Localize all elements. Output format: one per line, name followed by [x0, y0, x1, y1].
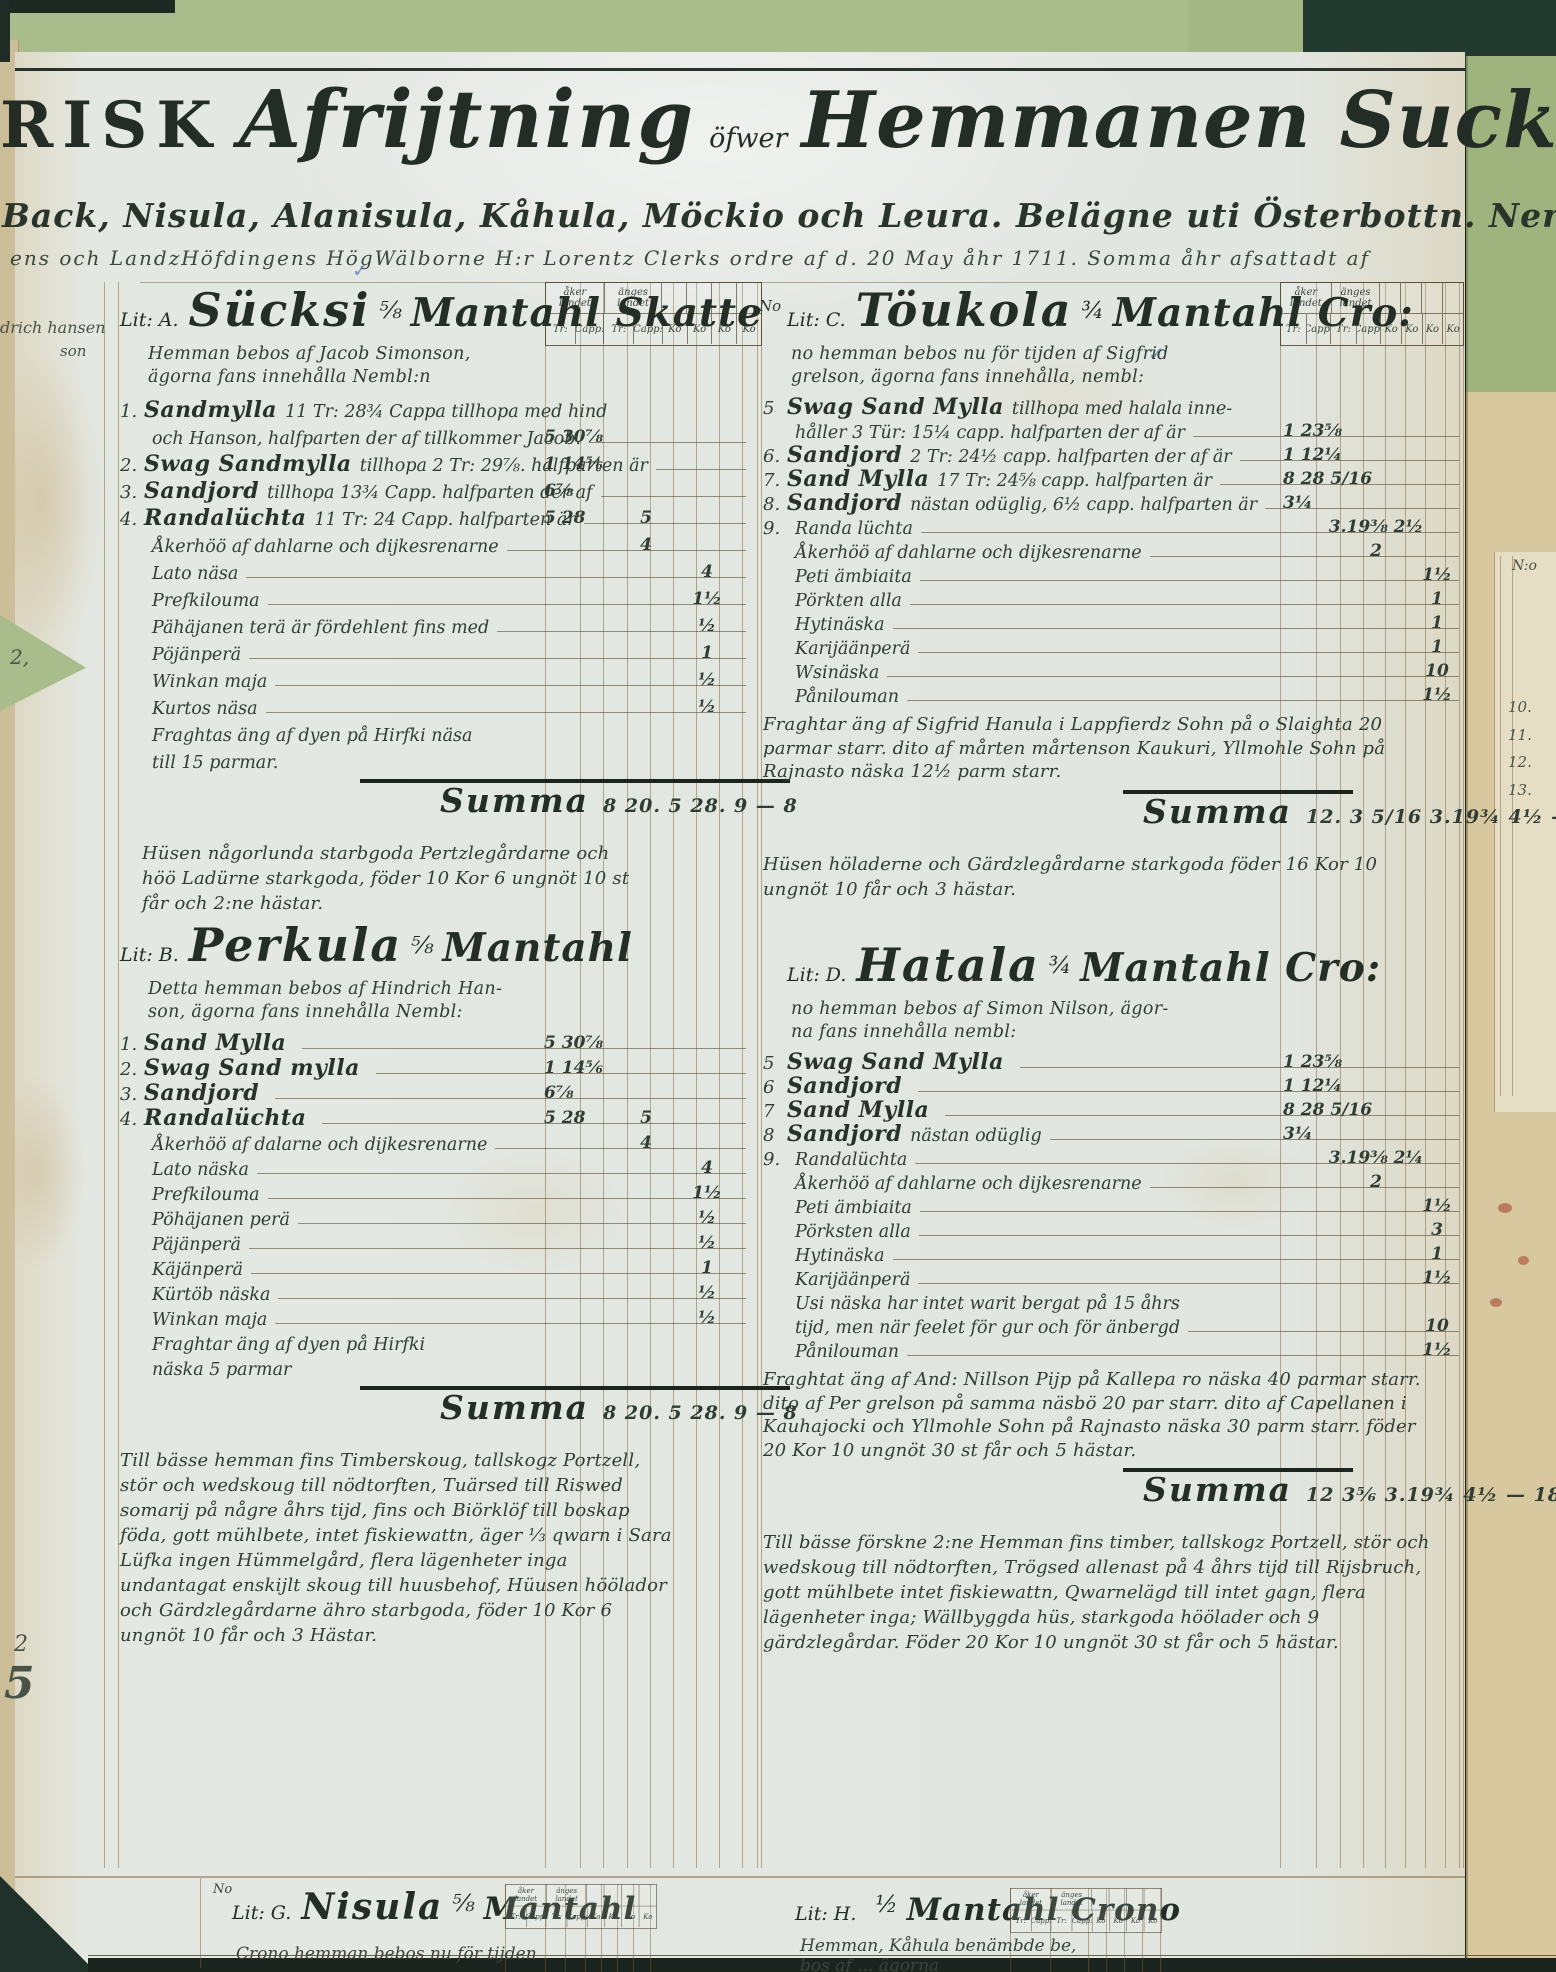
land-rows-c: 5Swag Sand Myllatillhopa med halala inne…	[763, 395, 1463, 707]
table-row: Peti ämbiaita1½	[763, 563, 1463, 587]
value-aker: 8 28 5/16	[1283, 469, 1349, 489]
bottom-text-g: Crono hemman bebos nu för tijden	[236, 1944, 537, 1965]
row-text: Hytinäska	[795, 615, 885, 635]
page-title: RISKAfrijtningöfwerHemmanen Sucksi, Per.	[0, 72, 1556, 166]
manuscript-scan: RISKAfrijtningöfwerHemmanen Sucksi, Per.…	[0, 0, 1556, 1972]
value-lass: 1	[1415, 589, 1459, 609]
section-heading-a: Lit: A.Sücksi⅝Mantahl Skatte	[120, 283, 750, 337]
row-number: 5	[763, 1053, 787, 1074]
margin-note-2b: 2	[14, 1632, 28, 1657]
margin-no-label: No	[759, 297, 781, 315]
strip-page-number: 12.	[1508, 749, 1532, 777]
leader-line	[601, 496, 746, 497]
bottom-column-headers-h: åker landet änges landet Tr: Capp: Tr: C…	[1010, 1888, 1162, 1933]
row-text: Usi näska har intet warit bergat på 15 å…	[795, 1294, 1180, 1314]
table-row: 6Sandjord1 12¼	[763, 1074, 1463, 1098]
table-row: 7Sand Mylla8 28 5/16	[763, 1098, 1463, 1122]
header-aker-landet: åker landet	[506, 1885, 547, 1906]
header-count-col	[1110, 1889, 1127, 1910]
value-ang: 5	[615, 1108, 677, 1128]
mantal-fraction: ¾	[1049, 953, 1071, 979]
row-text: Winkan maja	[152, 672, 267, 692]
section-note-a: Hüsen någorlunda starbgoda Pertzlegårdar…	[142, 841, 642, 916]
value-lass: 10	[1415, 1316, 1459, 1336]
row-text: till 15 parmar.	[152, 753, 278, 773]
folded-page-strip-paper	[1494, 552, 1556, 1112]
value-lass: ½	[686, 1233, 728, 1253]
title-word-ofwer: öfwer	[709, 123, 787, 154]
value-lass: 1½	[1415, 685, 1459, 705]
row-text: Hytinäska	[795, 1246, 885, 1266]
summa-values: 12. 3 5/16 3.19¾ 4½ — 16.	[1306, 806, 1556, 828]
rule-line	[1463, 282, 1464, 1868]
table-row: näska 5 parmar	[120, 1355, 750, 1380]
leader-line	[275, 685, 746, 686]
leader-line	[249, 1248, 746, 1249]
row-text: tillhopa med halala inne-	[1012, 399, 1232, 419]
table-row: Päjänperä½	[120, 1230, 750, 1255]
soil-name: Sandjord	[787, 492, 902, 514]
leader-line	[298, 1223, 746, 1224]
soil-name: Sand Mylla	[787, 1099, 929, 1121]
unit-ko: Ko	[640, 1906, 657, 1927]
intro-line: no hemman bebos af Simon Nilson, ägor-	[791, 999, 1169, 1019]
leader-line	[257, 1173, 746, 1174]
rule-line	[761, 282, 762, 1868]
row-number: 3.	[120, 482, 144, 503]
leader-line	[1188, 1307, 1459, 1308]
leader-line	[918, 652, 1459, 653]
mantal-fraction: ⅝	[379, 298, 401, 324]
section-heading-d: Lit: D.Hatala¾Mantahl Cro:	[787, 938, 1463, 992]
table-row: Usi näska har intet warit bergat på 15 å…	[763, 1290, 1463, 1314]
title-word-afrijtning: Afrijtning	[239, 72, 695, 166]
row-text: Åkerhöö af dahlarne och dijkesrenarne	[795, 1174, 1142, 1194]
check-mark: ✓	[352, 258, 369, 282]
section-sucksi: Lit: A.Sücksi⅝Mantahl Skatte Hemman bebo…	[120, 283, 750, 916]
row-text: 17 Tr: 24⅝ capp. halfparten är	[937, 471, 1212, 491]
row-text: Åkerhöö af dalarne och dijkesrenarne	[152, 1135, 487, 1155]
value-aker: 5 28	[544, 1108, 610, 1128]
header-anges-landet: änges landet	[547, 1885, 587, 1906]
section-hatala: Lit: D.Hatala¾Mantahl Cro: no hemman beb…	[763, 938, 1463, 1655]
leader-line	[246, 577, 746, 578]
section-note-c: Hüsen höladerne och Gärdzlegårdarne star…	[763, 852, 1403, 902]
row-text: Winkan maja	[152, 1310, 267, 1330]
value-ang: 2	[1325, 541, 1427, 561]
value-aker: 5 30⅞	[544, 1033, 610, 1053]
summa-row-c: Summa12. 3 5/16 3.19¾ 4½ — 16.	[1143, 792, 1463, 838]
rule-line	[118, 282, 119, 1868]
value-lass: 4	[686, 562, 728, 582]
value-lass: 1½	[1415, 565, 1459, 585]
row-text: Peti ämbiaita	[795, 1198, 912, 1218]
unit-cappar: Capp:	[567, 1906, 587, 1927]
table-row: Åkerhöö af dahlarne och dijkesrenarne4	[120, 530, 750, 557]
table-row: Pånilouman1½	[763, 1338, 1463, 1362]
table-row: Åkerhöö af dahlarne och dijkesrenarne2	[763, 539, 1463, 563]
rule-line	[15, 1876, 1465, 1878]
leader-line	[275, 1098, 746, 1099]
soil-name: Sandjord	[787, 1123, 902, 1145]
row-number: 3.	[120, 1084, 144, 1105]
value-lass: 1	[686, 643, 728, 663]
table-row: Lato näsa4	[120, 557, 750, 584]
row-text: Peti ämbiaita	[795, 567, 912, 587]
row-text: 11 Tr: 24 Capp. halfparten är	[314, 510, 575, 530]
section-name-hatala: Hatala	[856, 938, 1040, 992]
section-name-nisula: Nisula	[301, 1886, 443, 1928]
soil-name: Swag Sand Mylla	[787, 396, 1004, 418]
table-row: 4.Randalüchta11 Tr: 24 Capp. halfparten …	[120, 503, 750, 530]
intro-line: ägorna fans innehålla Nembl:n	[148, 367, 431, 387]
margin-flourish-5: 5	[4, 1658, 35, 1709]
value-aker: 1 23⅝	[1283, 421, 1349, 441]
header-anges-landet: änges landet	[1052, 1889, 1092, 1910]
table-row: 8.Sandjordnästan odüglig, 6½ capp. halfp…	[763, 491, 1463, 515]
row-text: Päjänperä	[152, 1235, 241, 1255]
row-text: Pörkten alla	[795, 591, 902, 611]
table-row: Karijäänperä1	[763, 635, 1463, 659]
summa-word: Summa	[440, 781, 589, 820]
mantal-fraction: ⅝	[411, 933, 433, 959]
value-lass: 1½	[686, 589, 728, 609]
soil-name: Swag Sand mylla	[144, 1057, 360, 1079]
leader-line	[907, 1355, 1459, 1356]
value-lass: ½	[686, 616, 728, 636]
table-row: Hytinäska1	[763, 1242, 1463, 1266]
mantal-fraction: ½	[875, 1892, 897, 1918]
mantal-fraction: ⅝	[452, 1891, 474, 1917]
section-heading-c: Lit: C.Töukola¾Mantahl Cro:	[787, 283, 1463, 337]
value-lass: 1	[1415, 637, 1459, 657]
meadow-paragraph-c: Fraghtar äng af Sigfrid Hanula i Lappfie…	[763, 713, 1431, 784]
row-number: 7.	[763, 470, 787, 491]
row-text: Pöhäjanen perä	[152, 1210, 290, 1230]
table-row: 7.Sand Mylla17 Tr: 24⅝ capp. halfparten …	[763, 467, 1463, 491]
header-count-col	[1127, 1889, 1144, 1910]
leader-line	[268, 604, 746, 605]
leader-line	[249, 658, 746, 659]
table-row: 8Sandjordnästan odüglig3¼	[763, 1122, 1463, 1146]
table-row: 1.Sand Mylla5 30⅞	[120, 1030, 750, 1055]
row-number: 7	[763, 1101, 787, 1122]
summa-row-d: Summa12 3⅚ 3.19¾ 4½ — 18¼	[1143, 1470, 1463, 1516]
soil-name: Sandmylla	[144, 399, 277, 421]
value-lass: ½	[686, 1283, 728, 1303]
header-row-lands: åker landet änges landet	[1011, 1889, 1161, 1910]
leader-line	[268, 1198, 746, 1199]
section-type-d: Mantahl Cro:	[1080, 945, 1381, 991]
row-text: Fraghtar äng af dyen på Hirfki	[152, 1335, 425, 1355]
table-row: Prefkilouma1½	[120, 584, 750, 611]
table-row: 1.Sandmylla11 Tr: 28¾ Cappa tillhopa med…	[120, 395, 750, 422]
value-lass: ½	[686, 670, 728, 690]
header-count-col	[587, 1885, 604, 1906]
row-text: 2 Tr: 24½ capp. halfparten der af är	[910, 447, 1232, 467]
mat-top-dark-sliver	[0, 0, 175, 13]
unit-ko: Ko	[1110, 1910, 1127, 1931]
table-row: 5Swag Sand Myllatillhopa med halala inne…	[763, 395, 1463, 419]
meadow-paragraph-d: Fraghtat äng af And: Nillson Pijp på Kal…	[763, 1368, 1431, 1462]
row-text: Prefkilouma	[152, 1185, 260, 1205]
summa-row-a: Summa8 20. 5 28. 9 — 8	[440, 781, 750, 827]
header-count-col	[622, 1885, 639, 1906]
section-lit-d: Lit: D.	[787, 964, 846, 986]
section-type-b: Mantahl	[443, 925, 633, 971]
value-aker: 3¼	[1283, 1124, 1349, 1144]
section-type-a: Mantahl Skatte	[411, 290, 763, 336]
table-row: Peti ämbiaita1½	[763, 1194, 1463, 1218]
table-row: Fraghtas äng af dyen på Hirfki näsa	[120, 719, 750, 746]
header-row-units: Tr: Capp: Tr: Capp: Ko Ko Ko Ko	[506, 1906, 657, 1928]
bottom-headbox-g-wrap: åker landet änges landet Tr: Capp: Tr: C…	[505, 1884, 657, 1929]
land-rows-d: 5Swag Sand Mylla1 23⅝ 6Sandjord1 12¼ 7Sa…	[763, 1050, 1463, 1362]
table-row: tijd, men när feelet för gur och för änb…	[763, 1314, 1463, 1338]
value-ang: 2	[1325, 1172, 1427, 1192]
value-aker: 6⅞	[544, 481, 610, 501]
intro-line: Hemman bebos af Jacob Simonson,	[148, 344, 471, 364]
leader-line	[887, 676, 1459, 677]
row-text: Pånilouman	[795, 1342, 899, 1362]
row-text: och Hanson, halfparten der af tillkommer…	[152, 429, 581, 449]
section-name-perkula: Perkula	[189, 918, 402, 972]
leader-line	[1240, 412, 1459, 413]
leader-line	[1240, 460, 1459, 461]
section-lit-c: Lit: C.	[787, 309, 846, 331]
table-row: Pörksten alla3	[763, 1218, 1463, 1242]
leader-line	[615, 415, 746, 416]
value-lass: 1½	[1415, 1196, 1459, 1216]
row-text: Karijäänperä	[795, 1270, 910, 1290]
land-rows-a: 1.Sandmylla11 Tr: 28¾ Cappa tillhopa med…	[120, 395, 750, 773]
row-number: 6.	[763, 446, 787, 467]
section-lit-h: Lit: H.	[795, 1903, 856, 1925]
row-number: 2.	[120, 455, 144, 476]
unit-tunnor: Tr:	[1011, 1910, 1032, 1931]
table-row: Wsinäska10	[763, 659, 1463, 683]
section-name-toukola: Töukola	[856, 283, 1073, 337]
section-intro-d: no hemman bebos af Simon Nilson, ägor- n…	[791, 998, 1463, 1044]
leader-line	[251, 1273, 746, 1274]
leader-line	[920, 580, 1459, 581]
table-row: 4.Randalüchta5 285	[120, 1105, 750, 1130]
soil-name: Sandjord	[787, 1075, 902, 1097]
value-lass: 1	[1415, 1244, 1459, 1264]
row-text: Åkerhöö af dahlarne och dijkesrenarne	[152, 537, 499, 557]
rule-line	[757, 282, 758, 1868]
row-text: Lato näsa	[152, 564, 238, 584]
summa-word: Summa	[1143, 792, 1292, 831]
unit-ko: Ko	[605, 1906, 622, 1927]
value-ang: 3.19⅜ 2¼	[1325, 1148, 1427, 1168]
table-row: till 15 parmar.	[120, 746, 750, 773]
unit-cappar: Capp:	[1072, 1910, 1092, 1931]
margin-note-son: son	[60, 342, 86, 360]
table-row: Pöhäjanen perä½	[120, 1205, 750, 1230]
row-text: Prefkilouma	[152, 591, 260, 611]
row-text: Pånilouman	[795, 687, 899, 707]
row-number: 8.	[763, 494, 787, 515]
table-row: 9.Randa lüchta3.19⅜ 2½	[763, 515, 1463, 539]
value-lass: 3	[1415, 1220, 1459, 1240]
unit-tunnor: Tr:	[547, 1906, 568, 1927]
soil-name: Sandjord	[787, 444, 902, 466]
bottom-column-headers-g: åker landet änges landet Tr: Capp: Tr: C…	[505, 1884, 657, 1929]
soil-name: Sand Mylla	[144, 1032, 286, 1054]
row-number: 9.	[763, 1149, 787, 1170]
row-text: Lato näska	[152, 1160, 249, 1180]
leader-line	[1050, 1139, 1459, 1140]
table-row: Karijäänperä1½	[763, 1266, 1463, 1290]
leader-line	[919, 1235, 1459, 1236]
leader-line	[893, 628, 1460, 629]
bottom-text-h2: bos af ... ägorna	[800, 1956, 939, 1972]
value-lass: 1	[1415, 613, 1459, 633]
rule-line	[104, 282, 105, 1868]
value-lass: 4	[686, 1158, 728, 1178]
leader-line	[910, 604, 1459, 605]
row-number: 5	[763, 398, 787, 419]
section-note-d: Till bässe förskne 2:ne Hemman fins timb…	[763, 1530, 1431, 1655]
table-row: 5Swag Sand Mylla1 23⅝	[763, 1050, 1463, 1074]
table-row: Pöjänperä1	[120, 638, 750, 665]
header-count-col	[639, 1885, 656, 1906]
section-lit-b: Lit: B.	[120, 944, 179, 966]
row-text: nästan odüglig, 6½ capp. halfparten är	[910, 495, 1257, 515]
wax-spot	[1490, 1298, 1502, 1307]
row-text: Kurtos näsa	[152, 699, 258, 719]
leader-line	[893, 1259, 1460, 1260]
table-row: håller 3 Tür: 15¼ capp. halfparten der a…	[763, 419, 1463, 443]
header-row-lands: åker landet änges landet	[506, 1885, 657, 1906]
value-aker: 1 14⅚	[544, 1058, 610, 1078]
value-ang: 3.19⅜ 2½	[1325, 517, 1427, 537]
unit-tunnor: Tr:	[1052, 1910, 1073, 1931]
section-lit-a: Lit: A.	[120, 309, 179, 331]
leader-line	[480, 739, 746, 740]
section-name-sucksi: Sücksi	[189, 283, 371, 337]
table-row: Käjänperä1	[120, 1255, 750, 1280]
row-number: 4.	[120, 1109, 144, 1130]
row-text: Kürtöb näska	[152, 1285, 270, 1305]
strip-no-label: N:o	[1512, 558, 1537, 574]
section-intro-a: Hemman bebos af Jacob Simonson, ägorna f…	[148, 343, 750, 389]
table-row: Åkerhöö af dahlarne och dijkesrenarne2	[763, 1170, 1463, 1194]
row-number: 1.	[120, 1034, 144, 1055]
soil-name: Randalüchta	[144, 1107, 306, 1129]
section-type-c: Mantahl Cro:	[1113, 290, 1414, 336]
row-text: Wsinäska	[795, 663, 879, 683]
table-row: och Hanson, halfparten der af tillkommer…	[120, 422, 750, 449]
row-text: tijd, men när feelet för gur och för änb…	[795, 1318, 1180, 1338]
row-number: 2.	[120, 1059, 144, 1080]
row-number: 8	[763, 1125, 787, 1146]
order-line-1711: ens och LandzHöfdingens HögWälborne H:r …	[10, 246, 1410, 270]
row-text: Pähäjanen terä är fördehlent fins med	[152, 618, 489, 638]
unit-ko: Ko	[622, 1906, 639, 1927]
row-text: näska 5 parmar	[152, 1360, 291, 1380]
subtitle-villages: Back, Nisula, Alanisula, Kåhula, Möckio …	[2, 196, 1556, 235]
table-row: Fraghtar äng af dyen på Hirfki	[120, 1330, 750, 1355]
summa-word: Summa	[1143, 1470, 1292, 1509]
value-aker: 1 12¼	[1283, 1076, 1349, 1096]
section-heading-b: Lit: B.Perkula⅝Mantahl	[120, 918, 750, 972]
leader-line	[656, 469, 746, 470]
value-ang: 4	[615, 535, 677, 555]
intro-line: na fans innehålla nembl:	[791, 1022, 1017, 1042]
leader-line	[907, 700, 1459, 701]
table-row: Pånilouman1½	[763, 683, 1463, 707]
row-number: 1.	[120, 401, 144, 422]
header-count-col	[605, 1885, 622, 1906]
margin-note-2: 2,	[10, 645, 29, 669]
value-aker: 1 12¼	[1283, 445, 1349, 465]
leader-line	[918, 1091, 1459, 1092]
intro-line: grelson, ägorna fans innehålla, nembl:	[791, 367, 1144, 387]
land-rows-b: 1.Sand Mylla5 30⅞ 2.Swag Sand mylla1 14⅚…	[120, 1030, 750, 1380]
table-row: Winkan maja½	[120, 665, 750, 692]
row-text: nästan odüglig	[910, 1126, 1042, 1146]
rule-line	[15, 68, 1465, 71]
unit-ko: Ko	[1093, 1910, 1110, 1931]
leader-line	[918, 1283, 1459, 1284]
row-text: Åkerhöö af dahlarne och dijkesrenarne	[795, 543, 1142, 563]
bottom-headbox-h-wrap: åker landet änges landet Tr: Capp: Tr: C…	[1010, 1888, 1162, 1933]
bottom-text-h1: Hemman, Kåhula benämbde be,	[800, 1936, 1076, 1957]
unit-ko: Ko	[1145, 1910, 1162, 1931]
value-lass: 10	[1415, 661, 1459, 681]
value-aker: 1 14⅚	[544, 454, 610, 474]
soil-name: Swag Sand Mylla	[787, 1051, 1004, 1073]
leader-line	[278, 1298, 746, 1299]
row-text: Randalüchta	[795, 1150, 907, 1170]
table-row: 3.Sandjord6⅞	[120, 1080, 750, 1105]
section-intro-b: Detta hemman bebos af Hindrich Han- son,…	[148, 978, 750, 1024]
soil-name: Sandjord	[144, 1082, 259, 1104]
soil-name: Swag Sandmylla	[144, 453, 352, 475]
table-row: Prefkilouma1½	[120, 1180, 750, 1205]
leader-line	[1020, 1067, 1459, 1068]
leader-line	[433, 1348, 746, 1349]
value-lass: ½	[686, 697, 728, 717]
unit-cappar: Capp:	[1032, 1910, 1052, 1931]
row-number: 4.	[120, 509, 144, 530]
intro-line: no hemman bebos nu för tijden af Sigfrid	[791, 344, 1169, 364]
table-row: Kürtöb näska½	[120, 1280, 750, 1305]
row-text: Karijäänperä	[795, 639, 910, 659]
page-edge-left-dark	[0, 0, 10, 62]
row-text: 11 Tr: 28¾ Cappa tillhopa med hind	[285, 402, 607, 422]
leader-line	[589, 442, 746, 443]
strip-page-number: 10.	[1508, 694, 1532, 722]
value-aker: 1 23⅝	[1283, 1052, 1349, 1072]
leader-line	[302, 1048, 746, 1049]
header-row-units: Tr: Capp: Tr: Capp: Ko Ko Ko Ko	[1011, 1910, 1161, 1932]
leader-line	[322, 1123, 746, 1124]
table-row: Åkerhöö af dalarne och dijkesrenarne4	[120, 1130, 750, 1155]
leader-line	[299, 1373, 746, 1374]
table-row: Hytinäska1	[763, 611, 1463, 635]
value-lass: ½	[686, 1308, 728, 1328]
table-row: Pähäjanen terä är fördehlent fins med½	[120, 611, 750, 638]
value-aker: 8 28 5/16	[1283, 1100, 1349, 1120]
table-row: Pörkten alla1	[763, 587, 1463, 611]
wax-spot	[1518, 1256, 1529, 1265]
section-note-b: Till bässe hemman fins Timberskoug, tall…	[120, 1448, 676, 1648]
wax-spot	[1498, 1203, 1512, 1213]
unit-ko: Ko	[588, 1906, 605, 1927]
